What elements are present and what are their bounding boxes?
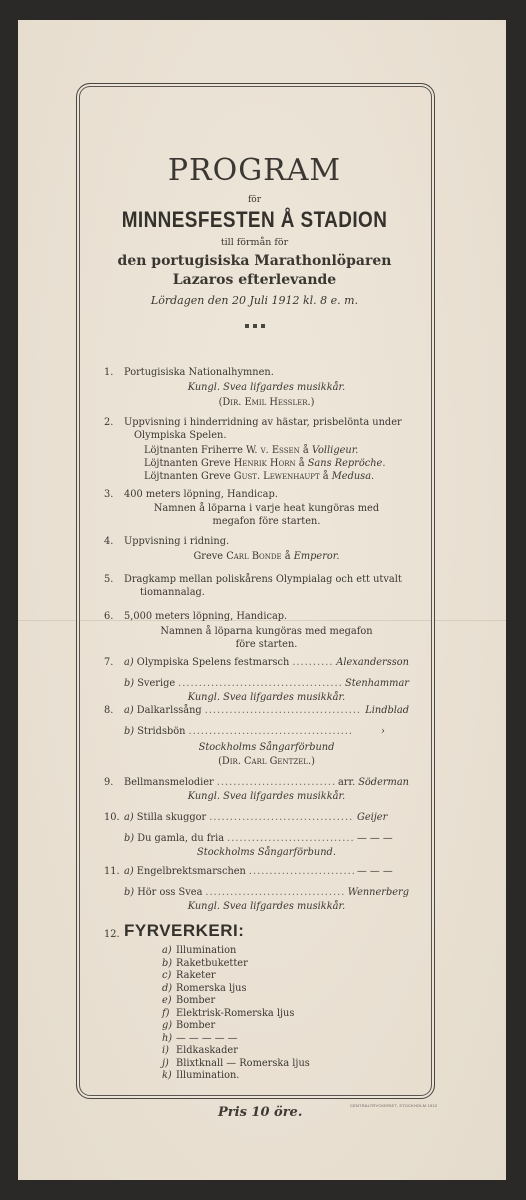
piece-composer: Söderman [358, 776, 409, 789]
item-performer: Kungl. Svea lifgardes musikkår. [124, 900, 409, 913]
leader-dots [249, 865, 354, 878]
horse-name: Medusa. [332, 471, 374, 482]
rider-rank: Greve [193, 551, 223, 562]
item-title: 400 meters löpning, Handicap. [124, 488, 409, 501]
item-number: 1. [104, 366, 124, 379]
benefit-label: till förmån för [76, 237, 433, 248]
item-title: Portugisiska Nationalhymnen. [124, 366, 409, 379]
piece-composer: Alexandersson [336, 656, 409, 669]
rider-row: Löjtnanten Friherre W. v. Essen å Vollig… [144, 444, 409, 457]
item-director: (Dir. Emil Hessler.) [124, 396, 409, 409]
piece-title: Bellmansmelodier [124, 776, 214, 789]
piece-composer: › [357, 725, 409, 738]
rider-row: Löjtnanten Greve Gust. Lewenhaupt å Medu… [144, 470, 409, 483]
item-number: 4. [104, 535, 124, 548]
piece-b: b) Hör oss Svea Wennerberg [124, 886, 409, 899]
arranger-label: arr. [338, 776, 355, 789]
leader-dots [227, 832, 354, 845]
program-item-3: 3. 400 meters löpning, Handicap. Namnen … [104, 488, 409, 528]
horse-name: Emperor. [294, 551, 340, 562]
item-performer: Kungl. Svea lifgardes musikkår. [124, 381, 409, 394]
rider-sep: å [285, 551, 291, 562]
printer-mark: CENTRALTRYCKERIET, STOCKHOLM 1912 [350, 1103, 437, 1108]
fireworks-item: c)Raketer [162, 970, 310, 983]
program-item-9: 9. Bellmansmelodier arr. Söderman Kungl.… [104, 776, 409, 803]
fireworks-item: j)Blixtknall — Romerska ljus [162, 1058, 310, 1071]
item-number: 8. [104, 704, 124, 717]
item-director: (Dir. Carl Gentzel.) [124, 755, 409, 768]
beneficiary-line-2: Lazaros efterlevande [76, 272, 433, 288]
piece-letter: a) [124, 866, 134, 877]
item-performer: Kungl. Svea lifgardes musikkår. [124, 691, 409, 704]
fireworks-item: k)Illumination. [162, 1070, 310, 1083]
item-number: 7. [104, 656, 124, 669]
event-title: MINNESFESTEN Å STADION [101, 207, 408, 233]
program-item-10: 10. a) Stilla skuggor Geijer b) Du gamla… [104, 811, 409, 859]
piece-title: Hör oss Svea [137, 887, 202, 898]
fireworks-list: a)Illumination b)Raketbuketter c)Raketer… [162, 945, 310, 1083]
piece-composer: — — — [357, 865, 409, 878]
fireworks-item: a)Illumination [162, 945, 310, 958]
item-number: 9. [104, 776, 124, 789]
piece-title: Engelbrektsmarschen [137, 866, 246, 877]
ornament-bullets [76, 313, 433, 332]
fireworks-item: f)Elektrisk-Romerska ljus [162, 1008, 310, 1021]
item-note-line-2: megafon före starten. [124, 515, 409, 528]
horse-name: Sans Repröche. [308, 458, 386, 469]
fireworks-title: FYRVERKERI: [124, 924, 409, 937]
item-rider: Greve Carl Bonde å Emperor. [124, 550, 409, 563]
piece-b: b) Sverige Stenhammar [124, 677, 409, 690]
item-performer: Stockholms Sångarförbund. [124, 846, 409, 859]
program-item-6: 6. 5,000 meters löpning, Handicap. Namne… [104, 610, 409, 651]
item-performer: Kungl. Svea lifgardes musikkår. [124, 790, 409, 803]
rider-sep: å [323, 471, 329, 482]
piece-title: Stridsbön [137, 726, 185, 737]
piece: Bellmansmelodier arr. Söderman [124, 776, 409, 789]
program-item-1: 1. Portugisiska Nationalhymnen. Kungl. S… [104, 366, 409, 409]
program-item-5: 5. Dragkamp mellan poliskårens Olympiala… [104, 573, 409, 599]
rider-name: Henrik Horn [234, 458, 296, 469]
piece-letter: a) [124, 657, 134, 668]
piece-letter: b) [124, 678, 134, 689]
program-item-2: 2. Uppvisning i hinderridning av hästar,… [104, 416, 409, 483]
program-item-4: 4. Uppvisning i ridning. Greve Carl Bond… [104, 535, 409, 563]
leader-dots [209, 811, 354, 824]
leader-dots [188, 725, 354, 738]
piece-title: Sverige [137, 678, 175, 689]
rider-row: Löjtnanten Greve Henrik Horn å Sans Repr… [144, 457, 409, 470]
piece-letter: b) [124, 726, 134, 737]
item-note-line-1: Namnen å löparna i varje heat kungöras m… [124, 502, 409, 515]
item-title: Uppvisning i ridning. [124, 535, 409, 548]
piece-a: a) Dalkarlssång Lindblad [124, 704, 409, 717]
leader-dots [205, 886, 344, 899]
page-title: PROGRAM [76, 153, 433, 188]
piece-a: a) Engelbrektsmarschen — — — [124, 865, 409, 878]
piece-composer: Stenhammar [345, 677, 409, 690]
piece-composer: Lindblad [365, 704, 409, 717]
fireworks-item: d)Romerska ljus [162, 983, 310, 996]
fireworks-item: i)Eldkaskader [162, 1045, 310, 1058]
item-note-line-1: Namnen å löparna kungöras med megafon [124, 625, 409, 638]
piece-composer: — — — [357, 832, 409, 845]
item-number: 2. [104, 416, 124, 429]
piece-a: a) Stilla skuggor Geijer [124, 811, 409, 824]
leader-dots [178, 677, 342, 690]
program-item-8: 8. a) Dalkarlssång Lindblad b) Stridsbön… [104, 704, 409, 768]
item-title-line-2: tiomannalag. [124, 586, 409, 599]
rider-rank: Löjtnanten Greve [144, 471, 231, 482]
piece-title: Dalkarlssång [137, 705, 202, 716]
piece-b: b) Stridsbön › [124, 725, 409, 738]
program-item-12: 12. FYRVERKERI: [104, 924, 409, 937]
piece-title: Stilla skuggor [137, 812, 206, 823]
item-number: 10. [104, 811, 124, 824]
piece-letter: a) [124, 705, 134, 716]
program-item-11: 11. a) Engelbrektsmarschen — — — b) Hör … [104, 865, 409, 913]
fireworks-item: g)Bomber [162, 1020, 310, 1033]
fireworks-item: e)Bomber [162, 995, 310, 1008]
piece-a: a) Olympiska Spelens festmarsch Alexande… [124, 656, 409, 669]
for-label: för [76, 195, 433, 205]
item-number: 12. [104, 928, 124, 941]
piece-title: Olympiska Spelens festmarsch [137, 657, 290, 668]
program-item-7: 7. a) Olympiska Spelens festmarsch Alexa… [104, 656, 409, 704]
rider-sep: å [303, 445, 309, 456]
price-label: Pris 10 öre. [218, 1105, 302, 1120]
item-note-line-2: före starten. [124, 638, 409, 651]
rider-name: Carl Bonde [226, 551, 281, 562]
item-title-line-1: Uppvisning i hinderridning av hästar, pr… [124, 416, 409, 429]
beneficiary-line-1: den portugisiska Marathonlöparen [76, 253, 433, 269]
leader-dots [292, 656, 333, 669]
item-number: 6. [104, 610, 124, 623]
piece-letter: a) [124, 812, 134, 823]
piece-letter: b) [124, 887, 134, 898]
horse-name: Volligeur. [312, 445, 359, 456]
item-title-line-1: Dragkamp mellan poliskårens Olympialag o… [124, 573, 409, 586]
rider-rank: Löjtnanten Greve [144, 458, 231, 469]
piece-composer: Wennerberg [348, 886, 409, 899]
fireworks-item: b)Raketbuketter [162, 958, 310, 971]
item-number: 11. [104, 865, 124, 878]
item-number: 3. [104, 488, 124, 501]
rider-rank: Löjtnanten Friherre [144, 445, 243, 456]
piece-title: Du gamla, du fria [137, 833, 224, 844]
piece-b: b) Du gamla, du fria — — — [124, 832, 409, 845]
fireworks-item: h)— — — — — [162, 1033, 310, 1046]
event-date: Lördagen den 20 Juli 1912 kl. 8 e. m. [76, 294, 433, 307]
leader-dots [217, 776, 335, 789]
leader-dots [205, 704, 363, 717]
program-sheet: PROGRAM för MINNESFESTEN Å STADION till … [18, 20, 506, 1180]
item-performer: Stockholms Sångarförbund [124, 741, 409, 754]
rider-name: W. v. Essen [246, 445, 300, 456]
item-title-line-2: Olympiska Spelen. [124, 429, 409, 442]
item-number: 5. [104, 573, 124, 586]
rider-sep: å [299, 458, 305, 469]
piece-letter: b) [124, 833, 134, 844]
item-title: 5,000 meters löpning, Handicap. [124, 610, 409, 623]
rider-name: Gust. Lewenhaupt [234, 471, 320, 482]
piece-composer: Geijer [357, 811, 409, 824]
